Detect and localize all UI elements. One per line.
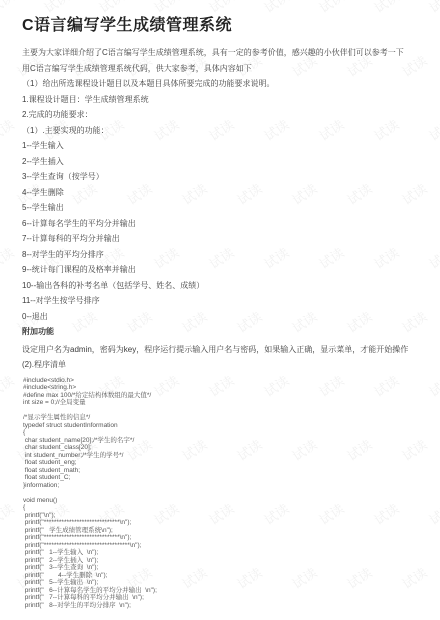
code-listing: #include<stdio.h>#include<string.h>#defi… (23, 377, 414, 610)
code-line: printf("******************************\n… (23, 519, 414, 527)
code-line: printf(" 1--学生输入 \n"); (23, 549, 414, 557)
code-line: { (23, 504, 414, 512)
addon-body: 设定用户名为admin，密码为key，程序运行提示输入用户名与密码，如果输入正确… (22, 345, 414, 356)
code-line: float student_eng; (23, 459, 414, 467)
page-title: C语言编写学生成绩管理系统 (22, 16, 414, 36)
code-line: printf("********************************… (23, 542, 414, 550)
intro-line: 2.完成的功能要求： (22, 110, 414, 121)
code-line: char student_class[20]; (23, 444, 414, 452)
code-line: typedef struct studentInformation (23, 422, 414, 430)
code-line: float student_math; (23, 467, 414, 475)
code-line: int size = 0;//全局变量 (23, 399, 414, 407)
code-line: printf(" 3--学生查询 \n"); (23, 564, 414, 572)
intro-line: 6--计算每名学生的平均分并输出 (22, 219, 414, 230)
intro-line: 9--统计每门课程的及格率并输出 (22, 265, 414, 276)
code-line: /*显示学生属性的信息*/ (23, 414, 414, 422)
addon-heading: 附加功能 (22, 327, 414, 338)
intro-line: 1.课程设计题目：学生成绩管理系统 (22, 95, 414, 106)
intro-line: 用C语言编写学生成绩管理系统代码，供大家参考，具体内容如下 (22, 64, 414, 75)
intro-line: 8--对学生的平均分排序 (22, 250, 414, 261)
intro-line: 4--学生删除 (22, 188, 414, 199)
code-line: #include<stdio.h> (23, 377, 414, 385)
intro-line: 7--计算每科的平均分并输出 (22, 234, 414, 245)
code-line: printf(" 6--计算每名学生的平均分并输出 \n"); (23, 587, 414, 595)
code-line: printf("\n"); (23, 512, 414, 520)
code-line: printf("******************************\n… (23, 534, 414, 542)
intro-line: 10--输出各科的补考名单（包括学号、姓名、成绩） (22, 281, 414, 292)
code-line: printf(" 学生成绩管理系统\n"); (23, 527, 414, 535)
code-line: char student_name[20];/*学生的名字*/ (23, 437, 414, 445)
code-line: printf(" 4--学生删除 \n"); (23, 572, 414, 580)
code-line: float student_C; (23, 474, 414, 482)
code-line: printf(" 8--对学生的平均分排序 \n"); (23, 602, 414, 610)
intro-line: 5--学生输出 (22, 203, 414, 214)
code-line (23, 407, 414, 415)
code-line: printf(" 7--计算每科的平均分并输出 \n"); (23, 594, 414, 602)
document-page: 试读试读试读试读试读试读试读试读试读试读试读试读试读试读试读试读试读试读试读试读… (0, 0, 440, 620)
intro-line: 0--退出 (22, 312, 414, 323)
intro-line: 主要为大家详细介绍了C语言编写学生成绩管理系统，具有一定的参考价值，感兴趣的小伙… (22, 48, 414, 59)
article-content: C语言编写学生成绩管理系统 主要为大家详细介绍了C语言编写学生成绩管理系统，具有… (0, 0, 440, 609)
code-line: }information; (23, 482, 414, 490)
code-line: { (23, 429, 414, 437)
code-line: #define max 100/*给定结构体数组的最大值*/ (23, 392, 414, 400)
intro-line: 11--对学生按学号排序 (22, 296, 414, 307)
listing-label: (2).程序清单 (22, 360, 414, 371)
code-line: int student_number;/*学生的学号*/ (23, 452, 414, 460)
code-line: #include<string.h> (23, 384, 414, 392)
code-line (23, 489, 414, 497)
intro-line: 3--学生查询（按学号） (22, 172, 414, 183)
code-line: printf(" 5--学生输出 \n"); (23, 579, 414, 587)
intro-line: （1）.主要实现的功能： (22, 126, 414, 137)
intro-line: 2--学生插入 (22, 157, 414, 168)
intro-line: （1）给出所选课程设计题目以及本题目具体所要完成的功能要求说明。 (22, 79, 414, 90)
intro-line: 1--学生输入 (22, 141, 414, 152)
code-line: void menu() (23, 497, 414, 505)
intro-section: 主要为大家详细介绍了C语言编写学生成绩管理系统，具有一定的参考价值，感兴趣的小伙… (22, 48, 414, 322)
code-line: printf(" 2--学生插入 \n"); (23, 557, 414, 565)
